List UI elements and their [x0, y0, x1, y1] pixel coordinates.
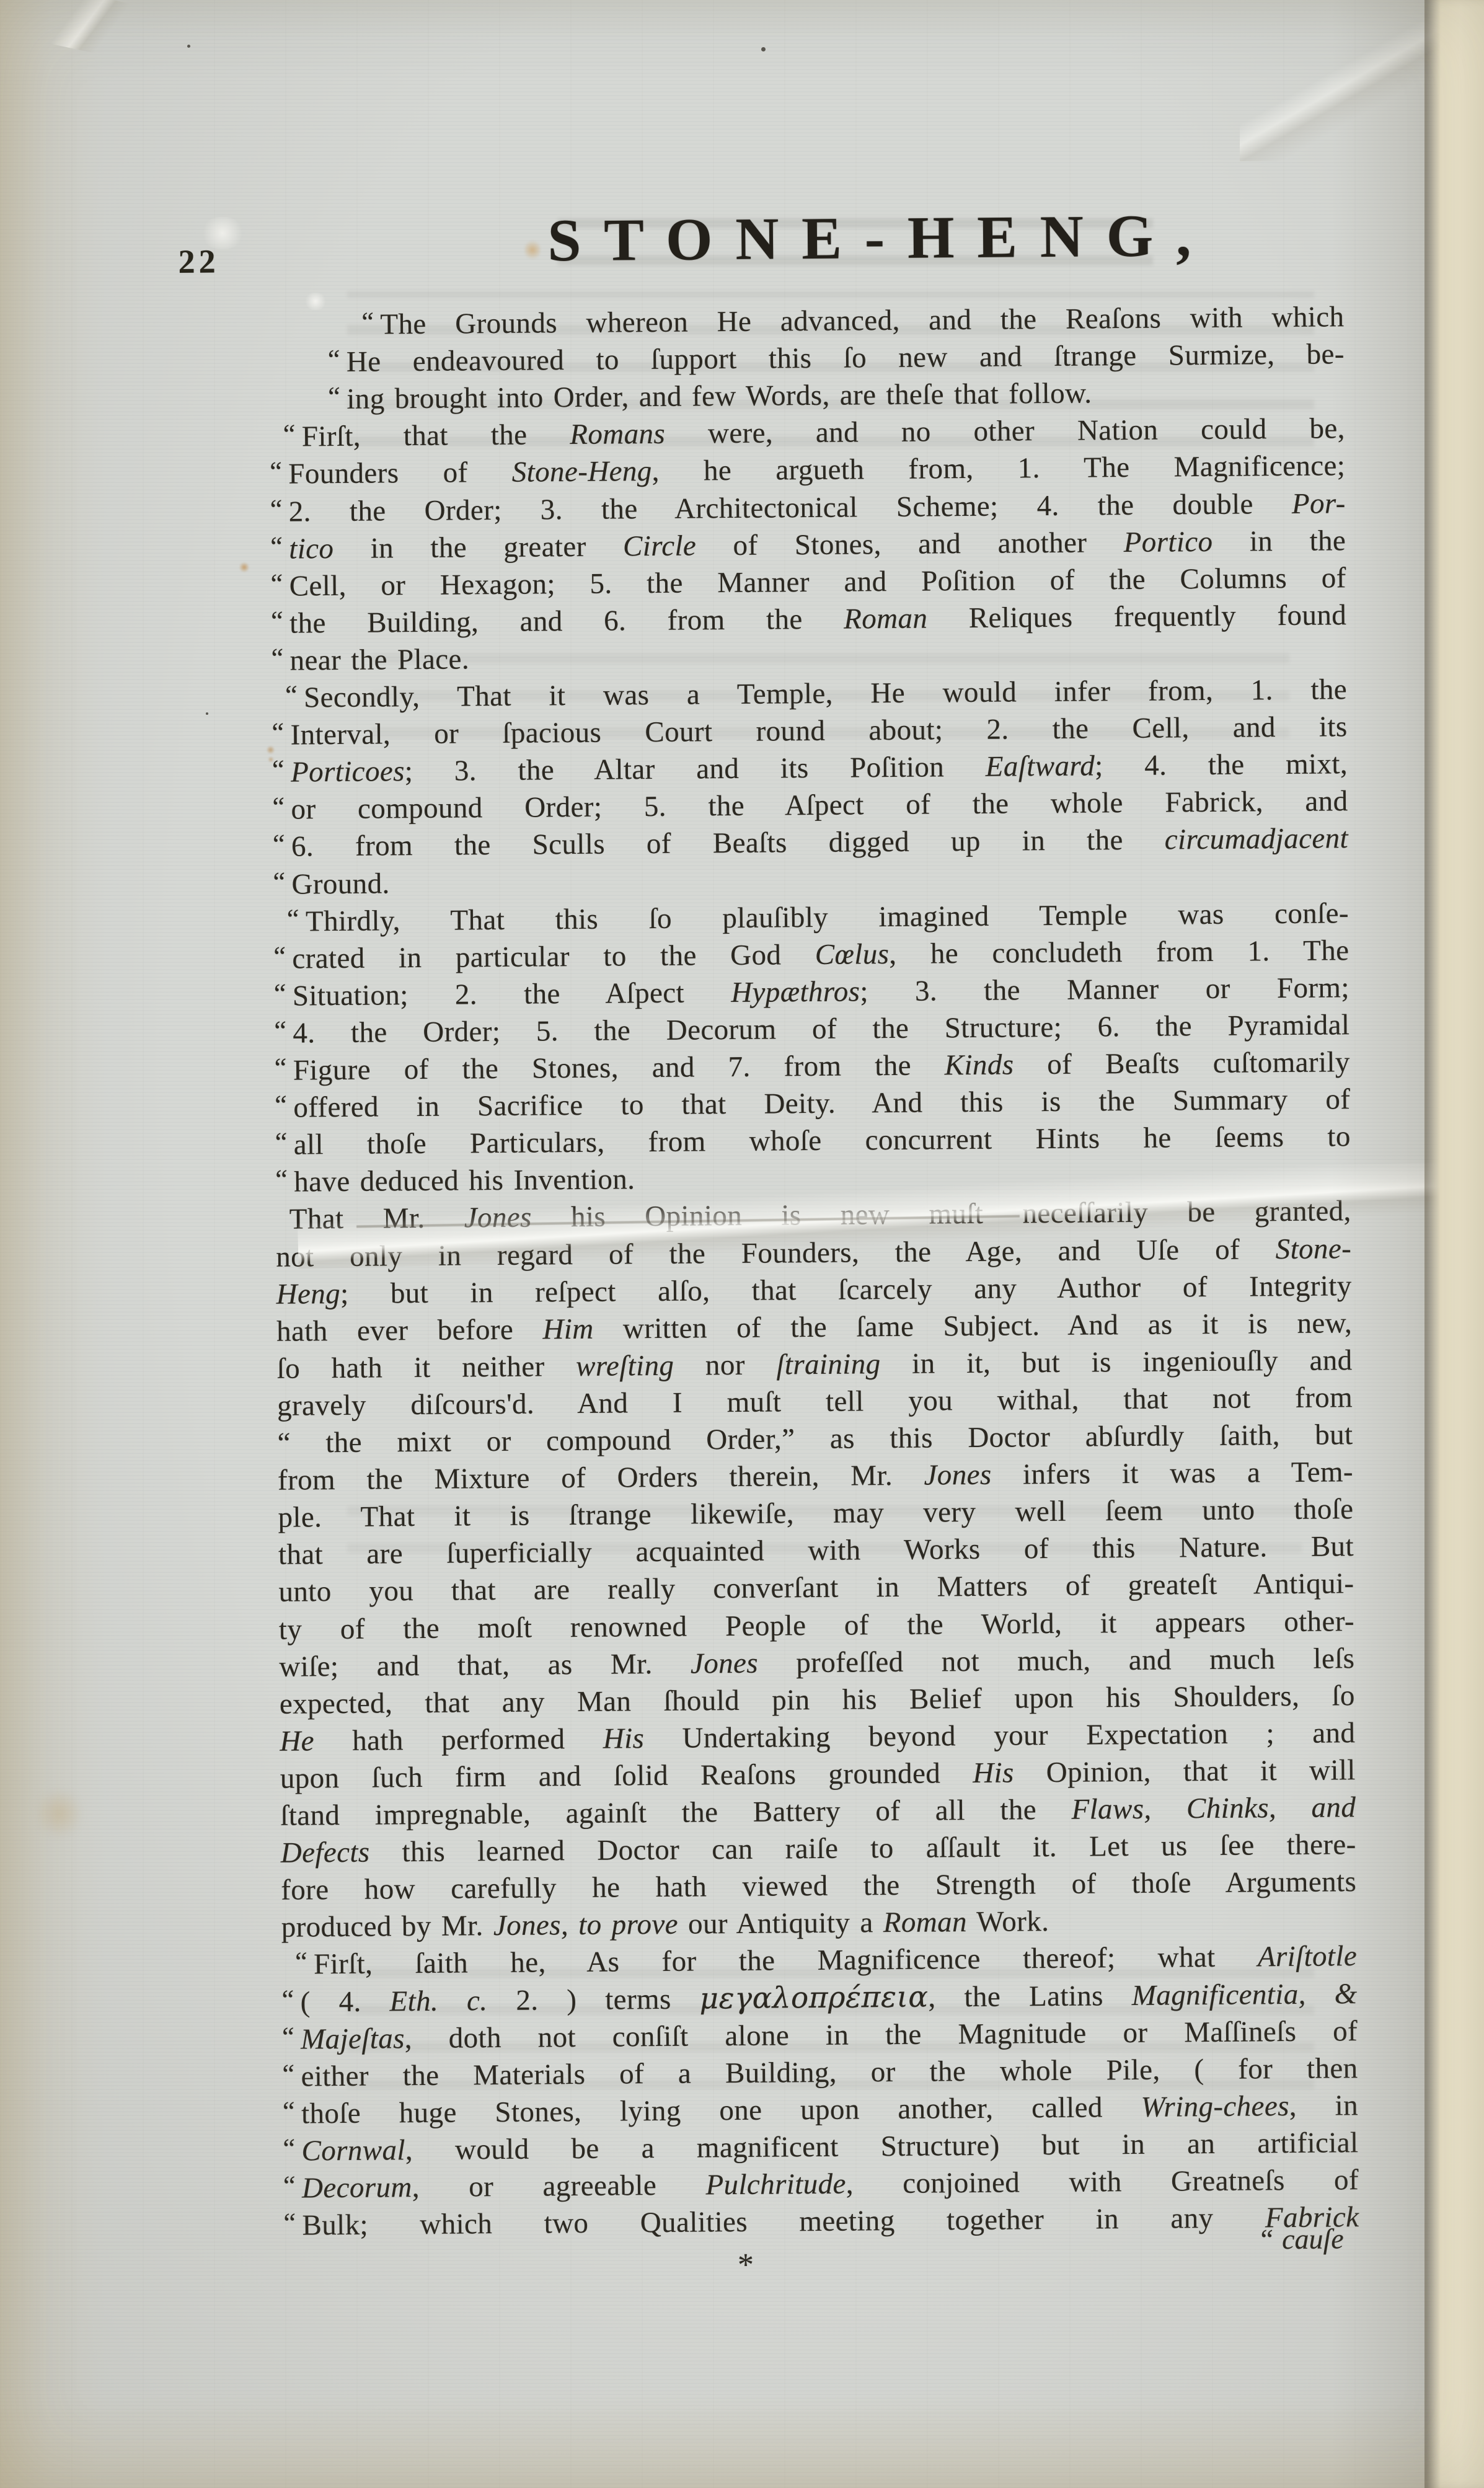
- text-run: 6. from the Sculls of Beaſts digged up i…: [291, 824, 1165, 863]
- quote-mark: “: [275, 1124, 286, 1161]
- text-run: his Opinion is new muſt neceſſarily be g…: [532, 1195, 1351, 1234]
- printed-page-content: 22 STONE-HENG, “The Grounds whereon He a…: [0, 0, 1484, 2488]
- text-run: Decorum: [302, 2171, 412, 2204]
- quote-mark: “: [281, 1981, 293, 2018]
- text-run: ty of the moſt renowned People of the Wo…: [279, 1605, 1354, 1646]
- text-run: Roman: [844, 602, 928, 635]
- text-run: of Stones, and another: [696, 526, 1124, 562]
- catchword-word: cauſe: [1282, 2223, 1344, 2255]
- text-run: in it, but is ingeniouſly and: [880, 1344, 1352, 1380]
- text-run: in the greater: [333, 530, 623, 565]
- text-run: , doth not conſiſt alone in the Magnitud…: [405, 2015, 1358, 2055]
- text-run: Cœlus: [815, 938, 890, 971]
- text-run: Figure of the Stones, and 7. from the: [293, 1049, 945, 1086]
- text-run: 4. the Order; 5. the Decorum of the Stru…: [293, 1009, 1349, 1049]
- text-run: or compound Order; 5. the Aſpect of the …: [291, 785, 1348, 825]
- text-run: Portico: [1123, 525, 1212, 558]
- text-run: Pulchritude: [705, 2168, 846, 2202]
- text-run: Situation; 2. the Aſpect: [293, 976, 731, 1012]
- text-run: gravely diſcours'd. And I muſt tell you …: [277, 1381, 1353, 1422]
- text-run: Ground.: [291, 867, 390, 900]
- text-run: He endeavoured to ſupport this ſo new an…: [347, 338, 1345, 378]
- text-run: ſtraining: [776, 1348, 881, 1381]
- text-run: the Building, and 6. from the: [289, 603, 844, 639]
- text-run: Defects: [281, 1836, 370, 1869]
- text-run: in the: [1212, 525, 1346, 558]
- quote-mark: “: [273, 863, 284, 900]
- text-run: were, and no other Nation could be,: [665, 413, 1345, 451]
- quote-mark: “: [275, 1087, 286, 1124]
- text-run: near the Place.: [289, 643, 469, 676]
- text-run: from the Mixture of Orders therein, Mr.: [278, 1459, 924, 1497]
- text-run: infers it was a Tem-: [991, 1456, 1353, 1491]
- text-run: , he argueth from, 1. The Magnificence;: [651, 450, 1345, 488]
- text-run: Cornwal: [301, 2134, 405, 2167]
- quote-mark: “: [328, 378, 339, 415]
- text-run: hath ever before: [276, 1313, 543, 1347]
- text-run: wiſe; and that, as Mr.: [279, 1647, 691, 1683]
- text-run: Stone-: [1275, 1233, 1351, 1265]
- text-run: Hypæthros: [731, 975, 860, 1009]
- text-run: Porticoes: [291, 755, 405, 788]
- text-run: Wring-chees: [1141, 2090, 1289, 2123]
- text-run: Founders of: [288, 456, 512, 490]
- catchword-quote-mark: “: [1260, 2223, 1273, 2255]
- quote-mark: “: [273, 937, 285, 975]
- text-run: our Antiquity a: [678, 1906, 883, 1941]
- signature-mark-asterisk: *: [702, 2246, 789, 2283]
- text-run: 2. the Order; 3. the Architectonical Sch…: [289, 487, 1292, 528]
- text-run: Interval, or ſpacious Court round about;…: [290, 711, 1347, 751]
- text-run: tico: [289, 533, 333, 565]
- text-run: The Grounds whereon He advanced, and the…: [380, 301, 1344, 340]
- text-run: hath performed: [314, 1722, 603, 1757]
- text-run: all thoſe Particulars, from whoſe concur…: [294, 1120, 1351, 1161]
- text-run: wreſting: [576, 1350, 674, 1383]
- text-run: offered in Sacrifice to that Deity. And …: [293, 1083, 1350, 1123]
- text-run: Jones: [464, 1202, 532, 1234]
- text-run: Undertaking beyond your Expectation ; an…: [644, 1717, 1355, 1755]
- text-run: this learned Doctor can raiſe to aſſault…: [369, 1828, 1356, 1868]
- text-run: ( 4.: [300, 1985, 389, 2018]
- text-run: , in: [1289, 2089, 1359, 2122]
- text-run: Secondly, That it was a Temple, He would…: [304, 673, 1347, 714]
- text-run: ; 3. the Manner or Form;: [860, 972, 1349, 1007]
- text-run: His: [603, 1722, 645, 1755]
- text-run: Firſt, that the: [302, 418, 570, 453]
- text-run: ; 3. the Altar and its Poſition: [405, 751, 986, 787]
- quote-mark: “: [275, 1161, 286, 1198]
- quote-mark: “: [270, 490, 281, 528]
- text-run: Por-: [1292, 487, 1346, 520]
- text-run: μεγαλοπρέπεια: [699, 1980, 928, 2016]
- text-run: , conjoined with Greatneſs of: [846, 2164, 1359, 2200]
- text-run: Him: [542, 1313, 594, 1345]
- text-run: 2. ) terms: [487, 1983, 699, 2017]
- quote-mark: “: [273, 826, 284, 863]
- text-run: Magnificentia, &: [1132, 1978, 1358, 2012]
- text-run: Reliques frequently found: [927, 599, 1346, 634]
- text-run: ; 4. the mixt,: [1095, 748, 1348, 782]
- scanned-book-page: { "page": { "number": "22", "title": "ST…: [0, 0, 1484, 2488]
- quote-mark: “: [272, 714, 283, 751]
- text-run: Jones: [691, 1647, 758, 1680]
- text-run: Eaſtward: [986, 750, 1095, 783]
- quote-mark: “: [274, 1012, 285, 1050]
- text-run: , or agreeable: [412, 2169, 706, 2203]
- text-run: nor: [674, 1348, 776, 1381]
- quote-mark: “: [271, 602, 282, 639]
- text-run: circumadjacent: [1165, 823, 1349, 856]
- text-run: written of the ſame Subject. And as it i…: [593, 1307, 1352, 1345]
- text-run: Cell, or Hexagon; 5. the Manner and Poſi…: [289, 562, 1346, 602]
- text-run: expected, that any Man ſhould pin his Be…: [280, 1680, 1355, 1720]
- text-run: Kinds: [945, 1048, 1014, 1081]
- quote-mark: “: [271, 640, 282, 677]
- text-run: not only in regard of the Founders, the …: [276, 1233, 1276, 1273]
- text-run: Thirdly, That this ſo plauſibly imagined…: [306, 897, 1349, 937]
- text-run: Jones, to prove: [493, 1908, 678, 1942]
- text-run: Firſt, ſaith he, As for the Magnificence…: [314, 1941, 1258, 1981]
- text-run: Work.: [967, 1905, 1049, 1938]
- quote-mark: “: [283, 2167, 294, 2205]
- text-run: , he concludeth from 1. The: [889, 934, 1349, 970]
- text-run: Majeſtas: [301, 2022, 405, 2055]
- text-run: Eth. c.: [389, 1985, 487, 2017]
- quote-mark: “: [275, 1050, 286, 1087]
- text-run: thoſe huge Stones, lying one upon anothe…: [301, 2091, 1141, 2130]
- text-run: Roman: [883, 1906, 968, 1939]
- quote-mark: “: [282, 2018, 293, 2055]
- quote-mark: “: [274, 975, 285, 1012]
- text-run: ſo hath it neither: [276, 1350, 576, 1385]
- text-run: profeſſed not much, and much leſs: [758, 1642, 1355, 1680]
- quote-mark: “: [273, 900, 298, 937]
- text-run: unto you that are really converſant in M…: [278, 1568, 1354, 1609]
- text-run: Flaws, Chinks, and: [1071, 1791, 1356, 1826]
- text-run: ing brought into Order, and few Words, a…: [347, 378, 1092, 415]
- text-run: He: [280, 1725, 314, 1757]
- quote-mark: “: [328, 341, 339, 378]
- text-run: Opinion, that it will: [1014, 1754, 1356, 1789]
- quote-mark: “: [270, 528, 281, 565]
- quote-mark: “: [327, 304, 373, 342]
- quote-mark: “: [270, 453, 281, 490]
- quote-mark: “: [282, 2055, 293, 2092]
- text-run: , would be a magnificent Structure) but …: [405, 2127, 1359, 2166]
- quote-mark: “: [270, 565, 281, 602]
- quote-mark: “: [281, 1944, 306, 1981]
- quote-mark: “: [270, 416, 294, 453]
- text-run: “ the mixt or compound Order,” as this D…: [277, 1419, 1353, 1459]
- text-run: , the Latins: [928, 1979, 1132, 2013]
- text-run: crated in particular to the God: [292, 939, 815, 975]
- text-run: That Mr.: [289, 1202, 464, 1236]
- text-run: ple. That it is ſtrange likewiſe, may ve…: [278, 1493, 1353, 1534]
- text-run: either the Materials of a Building, or t…: [301, 2052, 1358, 2092]
- quote-mark: “: [283, 2092, 294, 2130]
- text-run: Heng: [276, 1278, 340, 1311]
- quote-mark: “: [272, 677, 296, 714]
- text-run: ; but in reſpect alſo, that ſcarcely any…: [340, 1270, 1352, 1310]
- text-run: that are ſuperficially acquainted with W…: [278, 1530, 1354, 1571]
- text-run: fore how carefully he hath viewed the St…: [281, 1866, 1356, 1906]
- text-run: His: [973, 1756, 1014, 1789]
- quote-mark: “: [272, 751, 283, 789]
- text-run: Circle: [623, 529, 697, 562]
- quote-mark: “: [283, 2130, 294, 2167]
- text-run: produced by Mr.: [281, 1910, 494, 1944]
- text-run: ſtand impregnable, againſt the Battery o…: [280, 1794, 1072, 1832]
- page-number: 22: [178, 242, 219, 281]
- text-run: Romans: [570, 418, 665, 451]
- text-run: Jones: [924, 1459, 991, 1492]
- text-run: Stone-Heng: [512, 455, 652, 489]
- quote-mark: “: [272, 789, 283, 826]
- text-run: of Beaſts cuſtomarily: [1014, 1046, 1350, 1081]
- text-run: have deduced his Invention.: [294, 1164, 635, 1198]
- text-run: upon ſuch firm and ſolid Reaſons grounde…: [280, 1757, 973, 1795]
- body-text-block: “The Grounds whereon He advanced, and th…: [266, 0, 1361, 2488]
- text-run: Ariſtotle: [1258, 1941, 1358, 1973]
